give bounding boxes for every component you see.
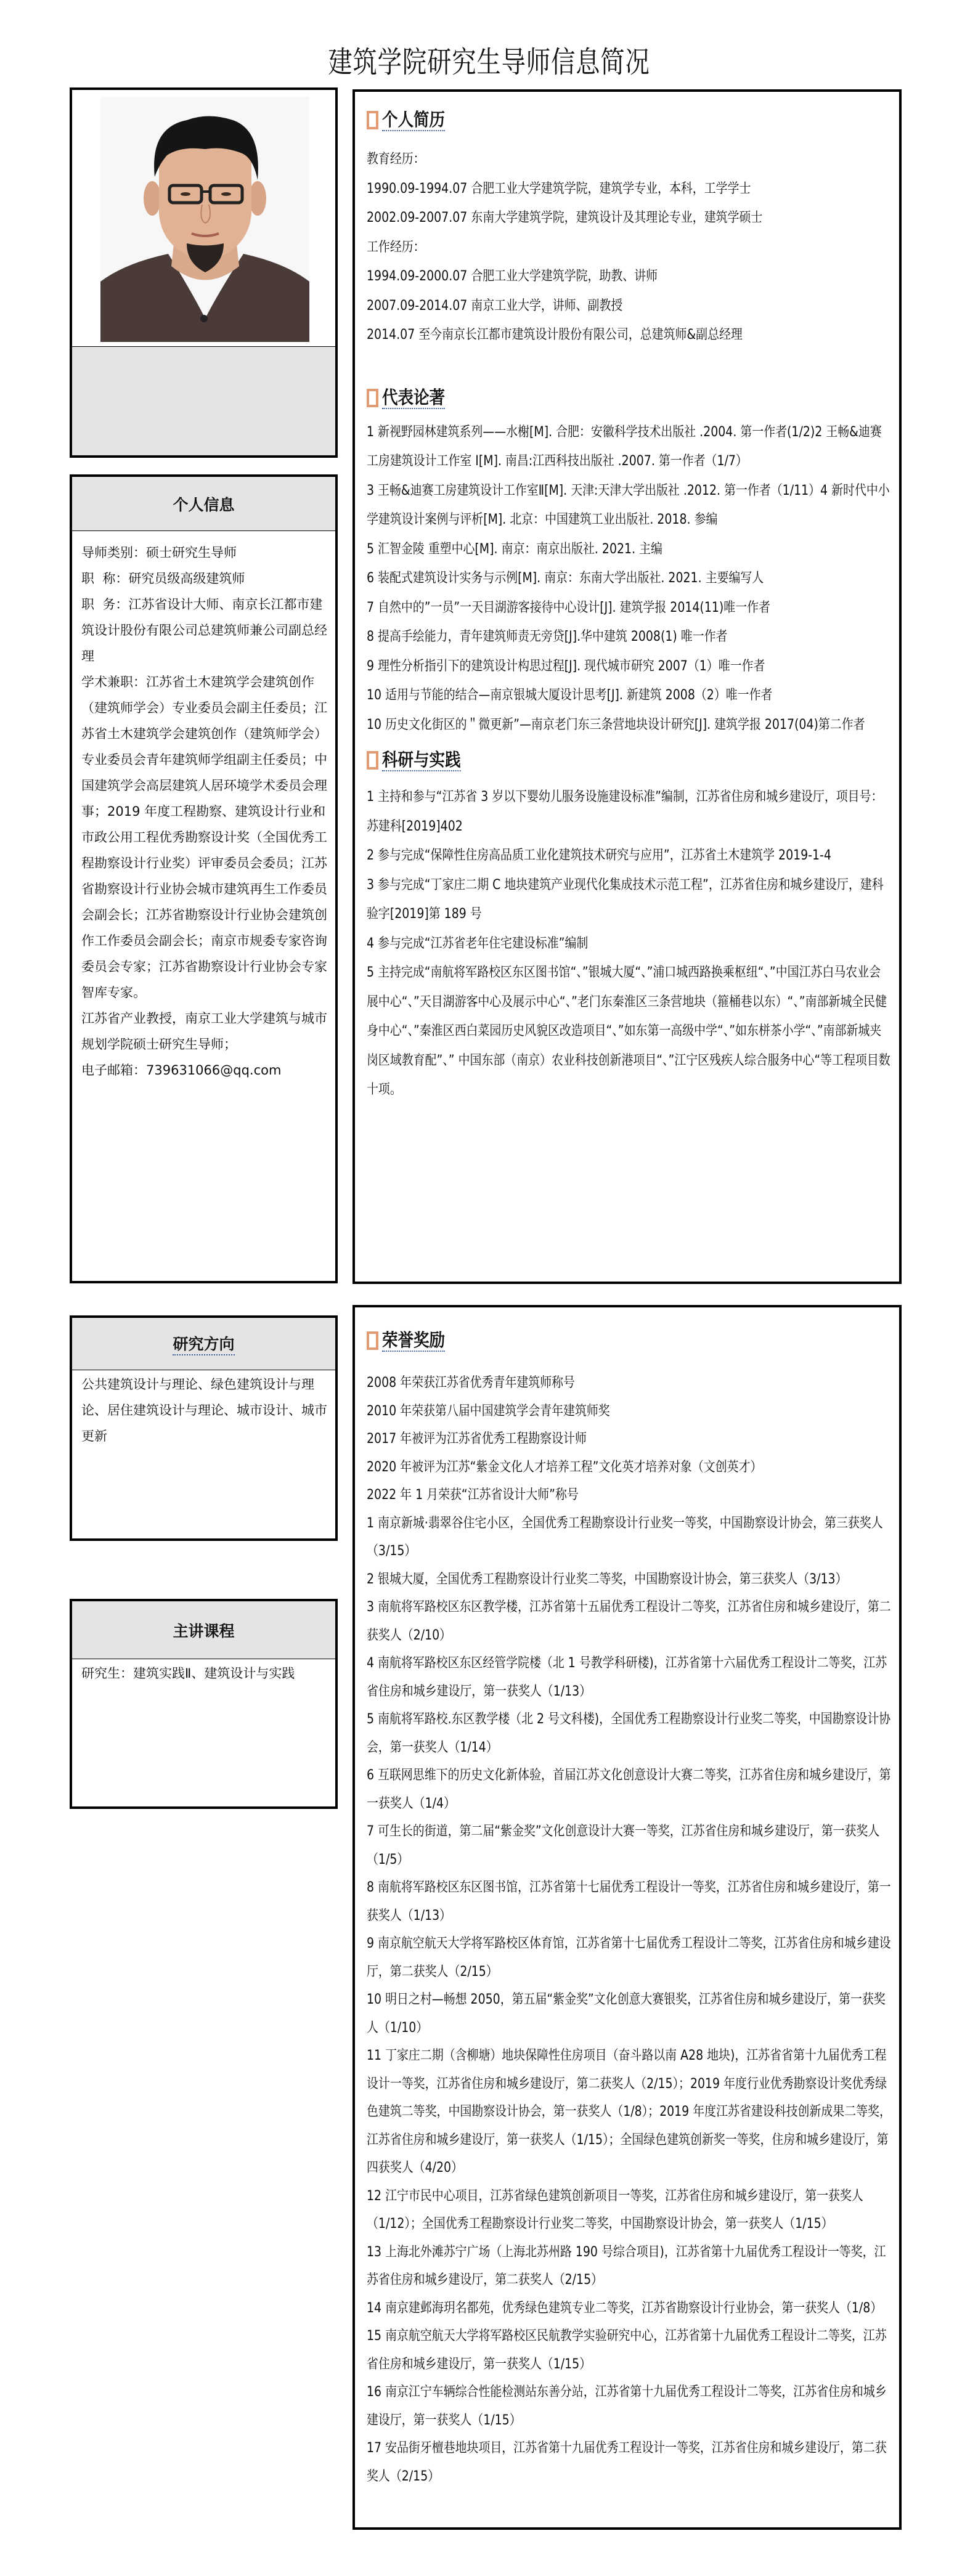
award-item: 1 南京新城·翡翠谷住宅小区，全国优秀工程勘察设计行业奖一等奖，中国勘察设计协会… [367,1509,891,1566]
award-item: 8 南航将军路校区东区图书馆，江苏省第十七届优秀工程设计一等奖，江苏省住房和城乡… [367,1874,891,1930]
publication-item: 6 装配式建筑设计实务与示例[M]. 南京：东南大学出版社. 2021. 主要编… [367,564,891,593]
profile-card: 个人简历 教育经历： 1990.09-1994.07 合肥工业大学建筑学院，建筑… [352,89,902,1284]
research-practice-title: 科研与实践 [367,744,899,776]
research-direction-card: 研究方向 公共建筑设计与理论、绿色建筑设计与理论、居住建筑设计与理论、城市设计、… [70,1315,338,1541]
education-item: 2002.09-2007.07 东南大学建筑学院，建筑设计及其理论专业，建筑学硕… [367,203,891,233]
publications-title: 代表论著 [367,382,899,414]
award-item: 13 上海北外滩苏宁广场（上海北苏州路 190 号综合项目)，江苏省第十九届优秀… [367,2238,891,2294]
publication-item: 5 汇智金陵 重塑中心[M]. 南京：南京出版社. 2021. 主编 [367,535,891,564]
honors-card: 荣誉奖励 2008 年荣获江苏省优秀青年建筑师称号 2010 年荣获第八届中国建… [352,1305,902,2530]
practice-item: 4 参与完成“江苏省老年住宅建设标准”编制 [367,929,891,959]
personal-info-card: 个人信息 导师类别：硕士研究生导师 职 称：研究员级高级建筑师 职 务：江苏省设… [70,474,338,1283]
practice-item: 1 主持和参与“江苏省 3 岁以下婴幼儿服务设施建设标准”编制，江苏省住房和城乡… [367,782,891,841]
publication-item: 3 王畅&迪赛工房建筑设计工作室Ⅱ[M]. 天津:天津大学出版社 .2012. … [367,476,891,535]
resume-body: 教育经历： 1990.09-1994.07 合肥工业大学建筑学院，建筑学专业，本… [355,145,899,350]
practice-item: 2 参与完成“保障性住房高品质工业化建筑技术研究与应用”，江苏省土木建筑学 20… [367,841,891,871]
research-practice-section: 科研与实践 [355,739,899,776]
section-marker-icon [367,1331,378,1350]
photo-caption-band [72,346,335,455]
honor-item: 2022 年 1 月荣获“江苏省设计大师”称号 [367,1481,891,1509]
section-marker-icon [367,111,378,129]
award-item: 10 明日之村—畅想 2050，第五届“紫金奖”文化创意大赛银奖，江苏省住房和城… [367,1986,891,2042]
personal-info-header: 个人信息 [72,477,335,531]
courses-text: 研究生：建筑实践Ⅱ、建筑设计与实践 [81,1660,327,1686]
publications-body: 1 新视野园林建筑系列——水榭[M]. 合肥：安徽科学技术出版社 .2004. … [355,418,899,740]
award-item: 2 银城大厦，全国优秀工程勘察设计行业奖二等奖，中国勘察设计协会，第三获奖人（3… [367,1566,891,1594]
section-marker-icon [367,751,378,770]
award-item: 17 安品街牙檀巷地块项目，江苏省第十九届优秀工程设计一等奖，江苏省住房和城乡建… [367,2434,891,2490]
research-practice-header: 科研与实践 [382,749,461,771]
publication-item: 10 历史文化街区的＂微更新”—南京老门东三条营地块设计研究[J]. 建筑学报 … [367,710,891,740]
publication-item: 8 提高手绘能力，青年建筑师责无旁贷[J].华中建筑 2008(1) 唯一作者 [367,622,891,652]
publication-item: 1 新视野园林建筑系列——水榭[M]. 合肥：安徽科学技术出版社 .2004. … [367,418,891,476]
personal-info-body: 导师类别：硕士研究生导师 职 称：研究员级高级建筑师 职 务：江苏省设计大师、南… [72,531,335,1083]
academic-roles: 学术兼职：江苏省土木建筑学会建筑创作（建筑师学会）专业委员会副主任委员；江苏省土… [81,669,327,1006]
publications-header: 代表论著 [382,387,445,409]
honors-title: 荣誉奖励 [367,1325,899,1357]
publication-item: 7 自然中的”一员”一天目湖游客接待中心设计[J]. 建筑学报 2014(11)… [367,593,891,623]
work-label: 工作经历： [367,233,891,262]
award-item: 16 南京江宁车辆综合性能检测站东善分站，江苏省第十九届优秀工程设计二等奖，江苏… [367,2378,891,2434]
courses-header: 主讲课程 [72,1601,335,1659]
research-direction-header: 研究方向 [173,1332,234,1355]
work-item: 2014.07 至今南京长江都市建筑设计股份有限公司，总建筑师&副总经理 [367,320,891,350]
publication-item: 9 理性分析指引下的建筑设计构思过程[J]. 现代城市研究 2007（1）唯一作… [367,652,891,681]
publication-item: 10 适用与节能的结合—南京银城大厦设计思考[J]. 新建筑 2008（2）唯一… [367,681,891,710]
portrait-illustration [100,97,309,342]
education-label: 教育经历： [367,145,891,174]
award-item: 3 南航将军路校区东区教学楼，江苏省第十五届优秀工程设计二等奖，江苏省住房和城乡… [367,1593,891,1649]
award-item: 4 南航将军路校区东区经管学院楼（北 1 号教学科研楼)，江苏省第十六届优秀工程… [367,1649,891,1705]
practice-item: 5 主持完成“南航将军路校区东区图书馆“、”银城大厦“、”浦口城西路换乘枢纽“、… [367,958,891,1105]
resume-header: 个人简历 [382,109,445,131]
research-direction-text: 公共建筑设计与理论、绿色建筑设计与理论、居住建筑设计与理论、城市设计、城市更新 [81,1371,327,1449]
section-marker-icon [367,389,378,407]
courses-body: 研究生：建筑实践Ⅱ、建筑设计与实践 [72,1659,335,1686]
award-item: 7 可生长的街道，第二届“紫金奖”文化创意设计大赛一等奖，江苏省住房和城乡建设厅… [367,1818,891,1874]
work-item: 2007.09-2014.07 南京工业大学，讲师、副教授 [367,291,891,321]
award-item: 12 江宁市民中心项目，江苏省绿色建筑创新项目一等奖，江苏省住房和城乡建设厅，第… [367,2182,891,2238]
position: 职 务：江苏省设计大师、南京长江都市建筑设计股份有限公司总建筑师兼公司副总经理 [81,591,327,669]
industry-professor: 江苏省产业教授，南京工业大学建筑与城市规划学院硕士研究生导师； [81,1006,327,1057]
portrait-photo [100,97,309,342]
honors-body: 2008 年荣获江苏省优秀青年建筑师称号 2010 年荣获第八届中国建筑学会青年… [355,1369,899,2490]
practice-item: 3 参与完成“丁家庄二期 C 地块建筑产业现代化集成技术示范工程”，江苏省住房和… [367,871,891,929]
email[interactable]: 电子邮箱：739631066@qq.com [81,1057,327,1083]
honors-header: 荣誉奖励 [382,1330,445,1352]
photo-card [70,87,338,458]
publications-section: 代表论著 [355,350,899,414]
award-item: 6 互联网思维下的历史文化新体验，首届江苏文化创意设计大赛二等奖，江苏省住房和城… [367,1761,891,1818]
work-item: 1994.09-2000.07 合肥工业大学建筑学院，助教、讲师 [367,262,891,291]
honor-item: 2008 年荣获江苏省优秀青年建筑师称号 [367,1369,891,1397]
award-item: 11 丁家庄二期（含柳塘）地块保障性住房项目（奋斗路以南 A28 地块)，江苏省… [367,2042,891,2182]
research-direction-body: 公共建筑设计与理论、绿色建筑设计与理论、居住建筑设计与理论、城市设计、城市更新 [72,1370,335,1449]
research-direction-header-wrap: 研究方向 [72,1318,335,1370]
courses-card: 主讲课程 研究生：建筑实践Ⅱ、建筑设计与实践 [70,1599,338,1809]
research-practice-body: 1 主持和参与“江苏省 3 岁以下婴幼儿服务设施建设标准”编制，江苏省住房和城乡… [355,782,899,1105]
resume-section: 个人简历 [355,92,899,136]
professional-title: 职 称：研究员级高级建筑师 [81,566,327,591]
honor-item: 2020 年被评为江苏“紫金文化人才培养工程”文化英才培养对象（文创英才） [367,1453,891,1482]
education-item: 1990.09-1994.07 合肥工业大学建筑学院，建筑学专业，本科，工学学士 [367,174,891,204]
award-item: 9 南京航空航天大学将军路校区体育馆，江苏省第十七届优秀工程设计二等奖，江苏省住… [367,1930,891,1986]
honor-item: 2010 年荣获第八届中国建筑学会青年建筑师奖 [367,1397,891,1426]
award-item: 14 南京建邺海玥名都苑，优秀绿色建筑专业二等奖，江苏省勘察设计行业协会，第一获… [367,2294,891,2323]
honor-item: 2017 年被评为江苏省优秀工程勘察设计师 [367,1425,891,1453]
tutor-type: 导师类别：硕士研究生导师 [81,540,327,566]
award-item: 15 南京航空航天大学将军路校区民航教学实验研究中心，江苏省第十九届优秀工程设计… [367,2322,891,2378]
award-item: 5 南航将军路校.东区教学楼（北 2 号文科楼)，全国优秀工程勘察设计行业奖二等… [367,1705,891,1761]
resume-title: 个人简历 [367,104,899,136]
honors-section: 荣誉奖励 [355,1307,899,1357]
page-title: 建筑学院研究生导师信息简况 [88,38,890,81]
